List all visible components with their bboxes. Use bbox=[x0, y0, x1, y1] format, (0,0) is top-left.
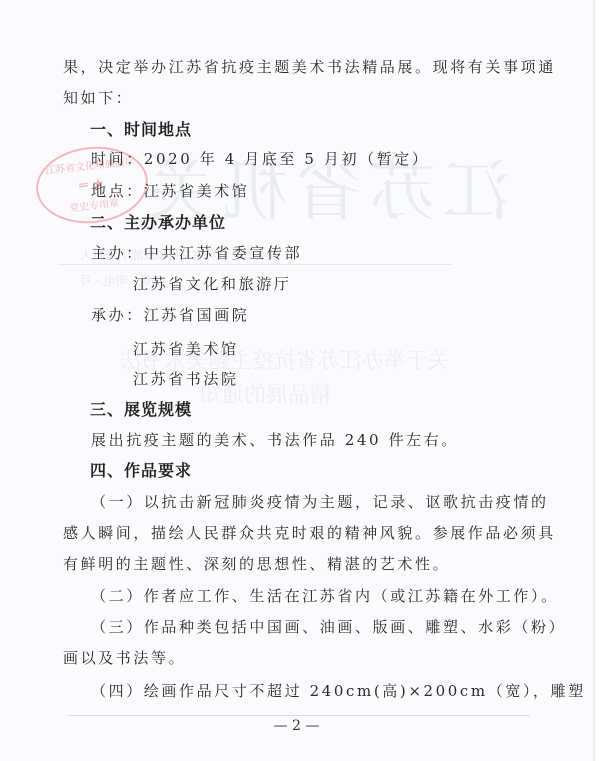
footer-divider bbox=[68, 715, 530, 716]
section-line: 时间：2020 年 4 月底至 5 月初（暂定） bbox=[91, 148, 430, 169]
section-heading: 三、展览规模 bbox=[90, 397, 192, 420]
intro-line: 知如下： bbox=[63, 87, 133, 108]
intro-line: 果，决定举办江苏省抗疫主题美术书法精品展。现将有关事项通 bbox=[63, 56, 556, 77]
section-line: 展出抗疫主题的美术、书法作品 240 件左右。 bbox=[91, 429, 459, 450]
section-line: 承办：江苏省国画院 bbox=[91, 304, 249, 325]
section-heading: 一、时间地点 bbox=[90, 117, 192, 140]
section-line: 江苏省文化和旅游厅 bbox=[133, 273, 291, 294]
section-heading: 四、作品要求 bbox=[90, 458, 192, 481]
bleed-through-rule bbox=[58, 264, 453, 265]
section-line: 地点：江苏省美术馆 bbox=[91, 180, 249, 201]
section-line: （一）以抗击新冠肺炎疫情为主题，记录、讴歌抗击疫情的 bbox=[91, 491, 549, 512]
section-line: （四）绘画作品尺寸不超过 240cm(高)×200cm（宽），雕塑 bbox=[91, 680, 586, 701]
section-line: 画以及书法等。 bbox=[63, 647, 186, 668]
section-heading: 二、主办承办单位 bbox=[90, 210, 226, 233]
section-line: 江苏省书法院 bbox=[133, 368, 239, 389]
section-line: 感人瞬间，描绘人民群众共克时艰的精神风貌。参展作品必须具 bbox=[63, 522, 556, 543]
section-line: （二）作者应工作、生活在江苏省内（或江苏籍在外工作）。 bbox=[91, 585, 559, 606]
section-line: 主办：中共江苏省委宣传部 bbox=[91, 242, 302, 263]
section-line: 有鲜明的主题性、深刻的思想性、精湛的艺术性。 bbox=[63, 553, 450, 574]
section-line: （三）作品种类包括中国画、油画、版画、雕塑、水彩（粉） bbox=[91, 616, 566, 637]
page-edge bbox=[593, 0, 595, 761]
page-number: — 2 — bbox=[0, 718, 593, 734]
document-page: 江苏省机关 发电单位 江苏省文化和旅游厅 签批人 等级 · 明电 · 号 关于举… bbox=[0, 0, 593, 761]
section-line: 江苏省美术馆 bbox=[133, 338, 239, 359]
